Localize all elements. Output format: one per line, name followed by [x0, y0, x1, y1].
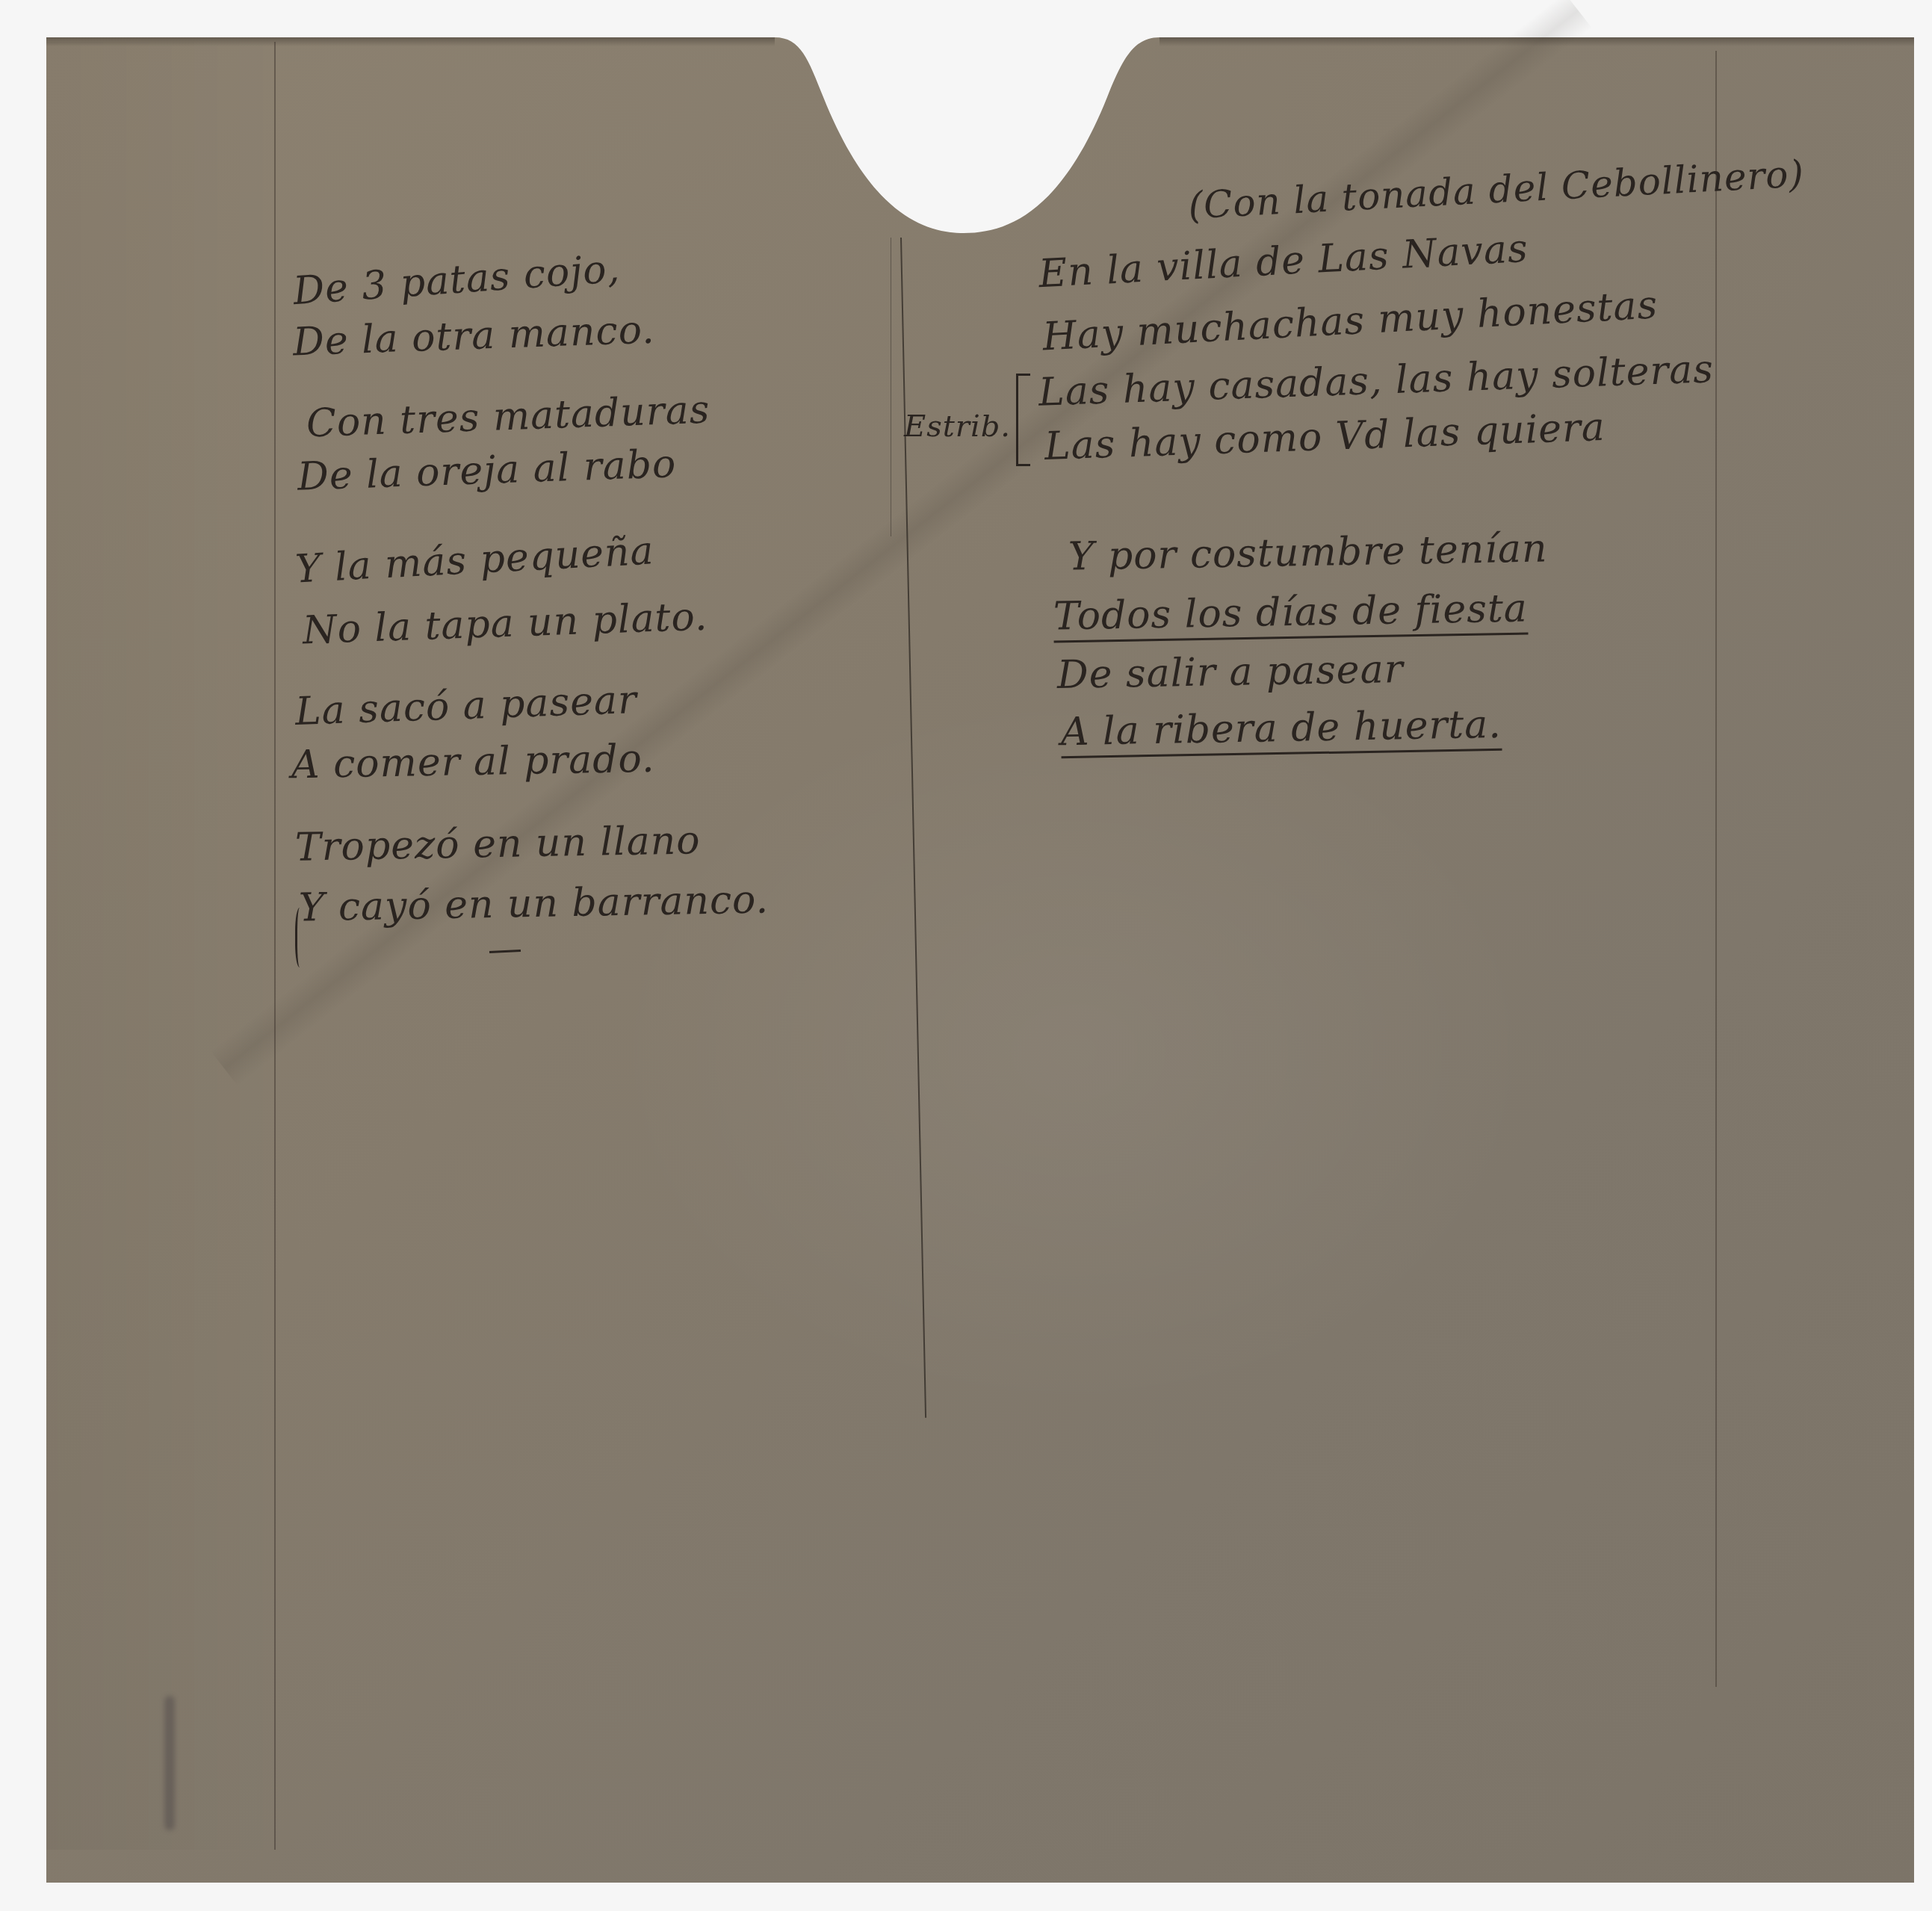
refrain-bracket [1016, 374, 1030, 466]
document-canvas: De 3 patas cojo, De la otra manco. Con t… [0, 0, 1932, 1911]
poem-line: Todos los días de fiesta [1053, 586, 1528, 642]
poem-line: Tropezó en un llano [295, 818, 701, 870]
sleeve-top-edge-shadow [46, 37, 1914, 46]
left-glued-flap [46, 42, 276, 1850]
poem-line: Y cayó en un barranco. [299, 878, 770, 931]
refrain-label: Estrib. [904, 409, 1011, 444]
column-divider-faint [891, 238, 891, 536]
poem-line: A comer al prado. [291, 737, 655, 787]
right-flap-fold-line [1715, 51, 1717, 1687]
poem-line: De salir a pasear [1057, 647, 1404, 698]
poem-line: A la ribera de huerta. [1060, 702, 1502, 758]
paren-mark [295, 908, 306, 967]
poem-line: Y por costumbre tenían [1068, 526, 1548, 579]
ink-smudge [164, 1696, 175, 1830]
